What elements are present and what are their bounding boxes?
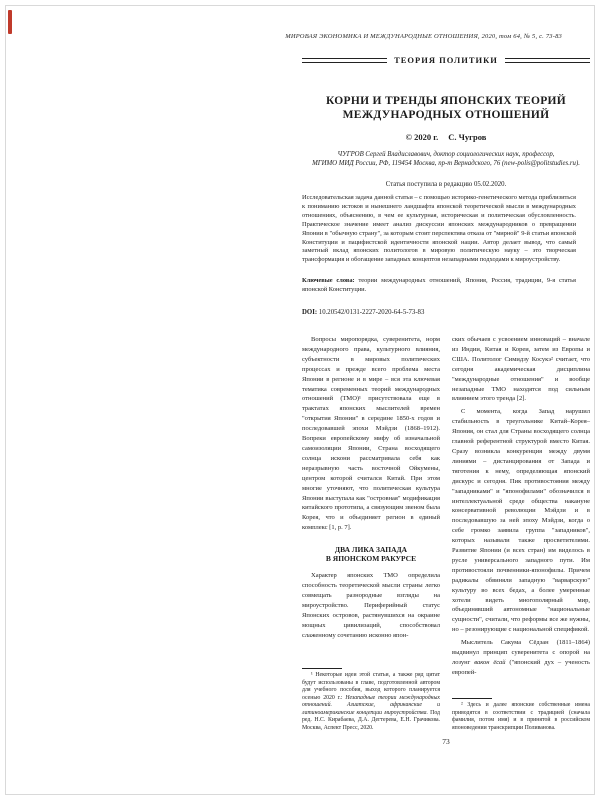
- section-heading-line1: ДВА ЛИКА ЗАПАДА: [302, 545, 440, 554]
- left-paragraph-1: Вопросы миропорядка, суверенитета, норм …: [302, 335, 440, 533]
- footnote-rule-right: [452, 698, 492, 699]
- body-column-right: ских обычаев с усвоением инноваций – вна…: [452, 335, 590, 732]
- footnote-1: ¹ Некоторые идеи этой статьи, а также ря…: [302, 668, 440, 732]
- right-paragraph-2: С момента, когда Запад нарушил стабильно…: [452, 407, 590, 635]
- footnote-2-text: ² Здесь и далее японские собственные име…: [452, 702, 590, 732]
- page-number: 73: [302, 737, 590, 746]
- footnote-rule-left: [302, 668, 342, 669]
- banner-rule-left: [302, 58, 387, 63]
- journal-header-line: МИРОВАЯ ЭКОНОМИКА И МЕЖДУНАРОДНЫЕ ОТНОШЕ…: [285, 33, 562, 40]
- article-title-line1: КОРНИ И ТРЕНДЫ ЯПОНСКИХ ТЕОРИЙ: [302, 94, 590, 108]
- author-affiliation-line2: МГИМО МИД России, РФ, 119454 Москва, пр-…: [302, 160, 590, 169]
- copyright-line: © 2020 г.С. Чугров: [302, 132, 590, 142]
- japanese-term: вакон ёсай: [474, 659, 505, 666]
- author-affiliation: ЧУГРОВ Сергей Владиславович, доктор соци…: [302, 151, 590, 168]
- section-label: ТЕОРИЯ ПОЛИТИКИ: [394, 55, 498, 65]
- section-heading: ДВА ЛИКА ЗАПАДА В ЯПОНСКОМ РАКУРСЕ: [302, 545, 440, 563]
- right-paragraph-1: ских обычаев с усвоением инноваций – вна…: [452, 335, 590, 404]
- journal-page: { "page": { "number": "73", "accent_red"…: [0, 0, 600, 800]
- body-column-left: Вопросы миропорядка, суверенитета, норм …: [302, 335, 440, 732]
- red-margin-mark: [8, 10, 12, 34]
- doi-label: DOI:: [302, 309, 317, 316]
- article-title-line2: МЕЖДУНАРОДНЫХ ОТНОШЕНИЙ: [302, 108, 590, 122]
- author-affiliation-line1: ЧУГРОВ Сергей Владиславович, доктор соци…: [302, 151, 590, 160]
- article-title: КОРНИ И ТРЕНДЫ ЯПОНСКИХ ТЕОРИЙ МЕЖДУНАРО…: [302, 94, 590, 122]
- copyright-year: © 2020 г.: [406, 132, 439, 142]
- received-date-line: Статья поступила в редакцию 05.02.2020.: [302, 181, 590, 188]
- keywords-block: Ключевые слова: теории международных отн…: [302, 277, 576, 295]
- footnote-1-text: ¹ Некоторые идеи этой статьи, а также ря…: [302, 672, 440, 732]
- author-name: С. Чугров: [448, 132, 486, 142]
- banner-rule-right: [505, 58, 590, 63]
- section-banner: ТЕОРИЯ ПОЛИТИКИ: [302, 55, 590, 65]
- right-paragraph-3: Мыслитель Сакума Сёдзан (1811–1864) выдв…: [452, 638, 590, 678]
- doi-line: DOI: 10.20542/0131-2227-2020-64-5-73-83: [302, 309, 576, 316]
- section-heading-line2: В ЯПОНСКОМ РАКУРСЕ: [302, 554, 440, 563]
- abstract-text: Исследовательская задача данной статьи –…: [302, 194, 576, 265]
- keywords-label: Ключевые слова:: [302, 277, 355, 284]
- footnote-2: ² Здесь и далее японские собственные име…: [452, 698, 590, 732]
- left-paragraph-2: Характер японских ТМО определила способн…: [302, 571, 440, 640]
- doi-value: 10.20542/0131-2227-2020-64-5-73-83: [317, 309, 424, 316]
